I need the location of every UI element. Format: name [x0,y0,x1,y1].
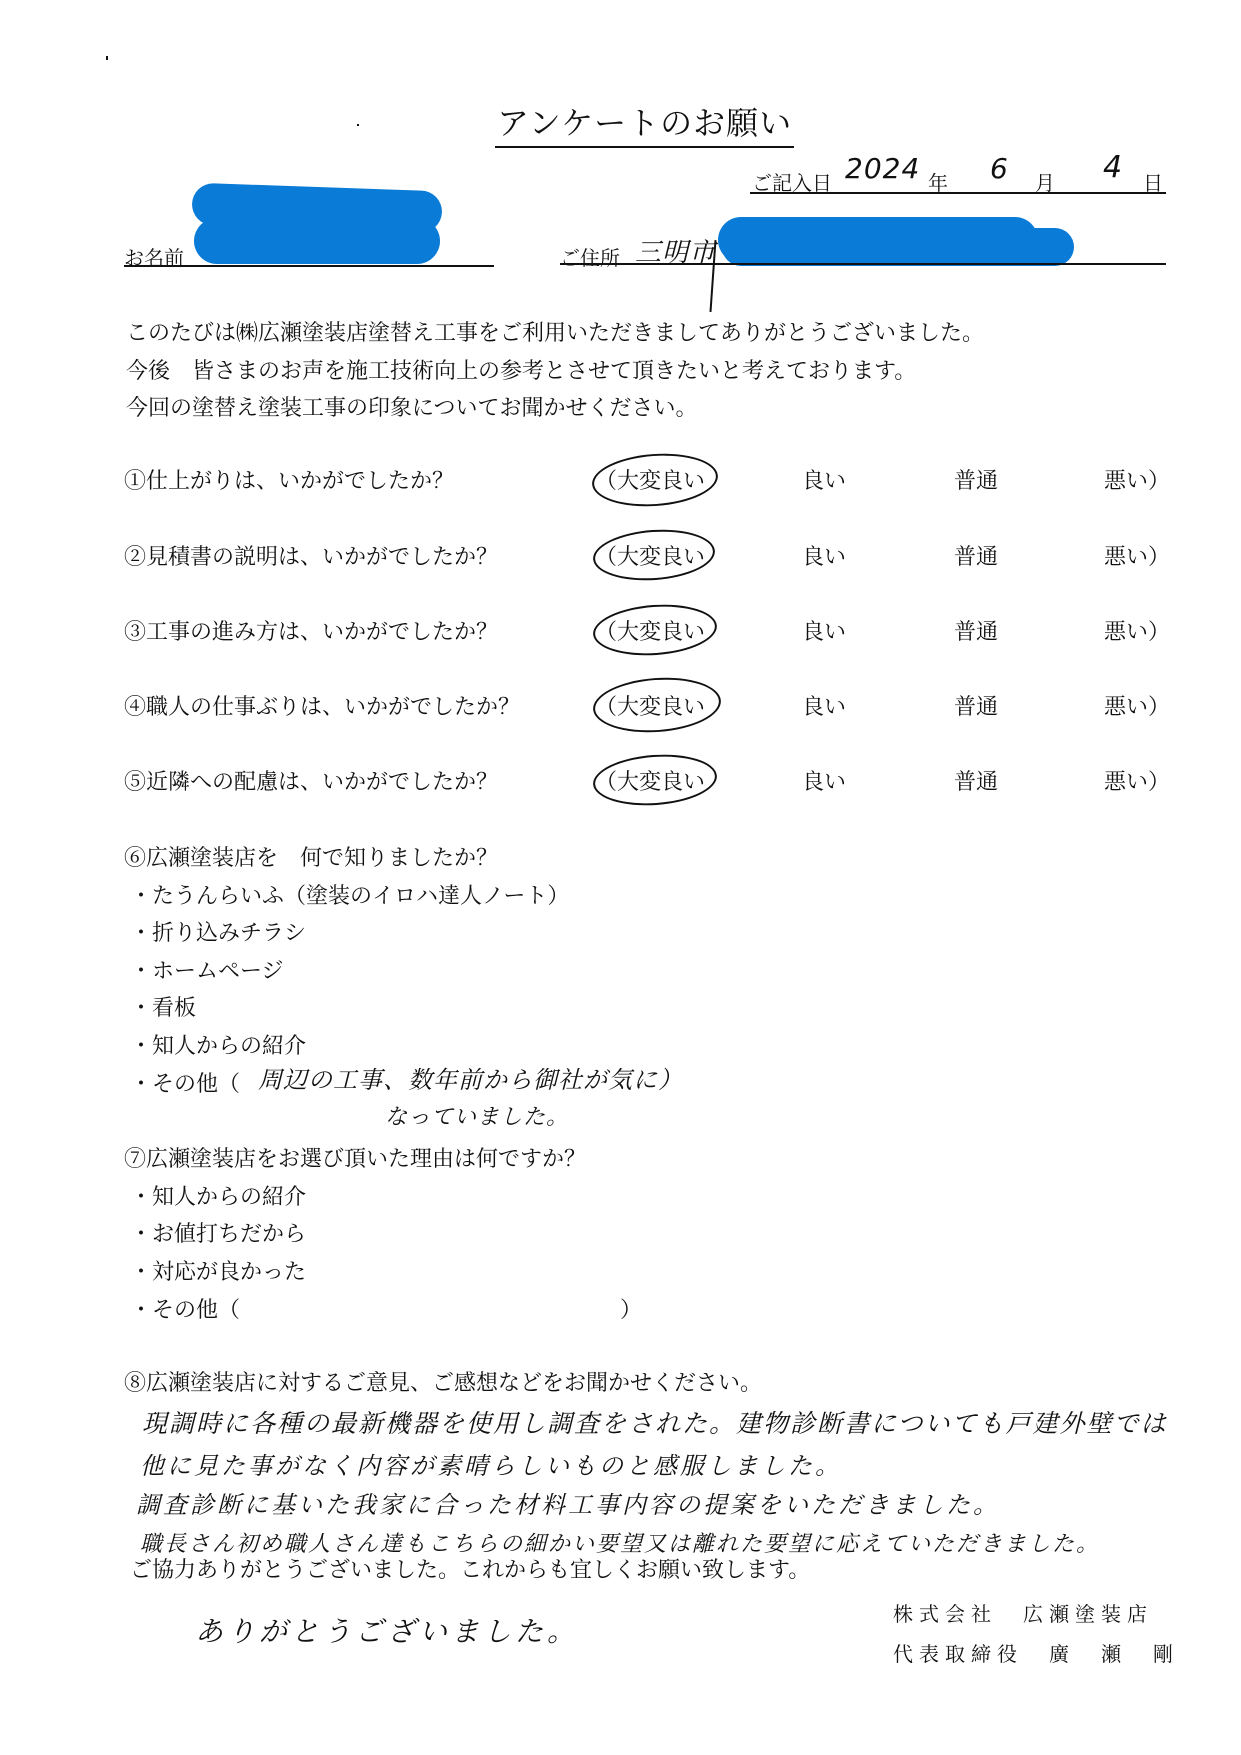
q7-option-referral[interactable]: ・知人からの紹介 [130,1180,306,1211]
option-good[interactable]: 良い [802,690,846,721]
q8-comment-line: 調査診断に基いた我家に合った材料工事内容の提案をいただきました。 [136,1485,1000,1520]
option-average[interactable]: 普通 [954,464,998,495]
selection-circle [590,450,719,511]
address-underline [560,263,1166,265]
option-average[interactable]: 普通 [954,690,998,721]
q6-other-handwritten: 周辺の工事、数年前から御社が気に） [258,1060,683,1095]
name-redaction [194,218,440,264]
customer-thanks-handwritten: ありがとうございました。 [195,1610,579,1650]
rating-question: ④職人の仕事ぶりは、いかがでしたか？ （大変良い 良い 普通 悪い） [0,690,1241,730]
q6-option-homepage[interactable]: ・ホームページ [130,954,284,985]
q7-option-value[interactable]: ・お値打ちだから [130,1217,306,1248]
q6-option-signboard[interactable]: ・看板 [130,991,196,1022]
date-day: 4 [1103,150,1123,185]
question-label: ③工事の進み方は、いかがでしたか？ [124,615,498,646]
option-good[interactable]: 良い [802,615,846,646]
closing-message: ご協力ありがとうございました。これからも宜しくお願い致します。 [130,1553,810,1584]
option-good[interactable]: 良い [802,464,846,495]
scan-speck [106,56,108,60]
rating-question: ⑤近隣への配慮は、いかがでしたか？ （大変良い 良い 普通 悪い） [0,765,1241,805]
option-good[interactable]: 良い [802,540,846,571]
option-average[interactable]: 普通 [954,615,998,646]
q6-other-handwritten-cont: なっていました。 [385,1100,569,1131]
q8-comment-line: 他に見た事がなく内容が素晴らしいものと感服しました。 [140,1446,842,1481]
q7-label: ⑦広瀬塗装店をお選び頂いた理由は何ですか？ [124,1142,586,1173]
option-average[interactable]: 普通 [954,540,998,571]
q7-option-other[interactable]: ・その他（ [130,1293,240,1324]
q6-option-referral[interactable]: ・知人からの紹介 [130,1029,306,1060]
q6-option-flyer[interactable]: ・折り込みチラシ [130,916,306,947]
rating-question: ①仕上がりは、いかがでしたか？ （大変良い 良い 普通 悪い） [0,464,1241,504]
intro-line: 今回の塗替え塗装工事の印象についてお聞かせください。 [126,391,698,422]
selection-circle [591,751,718,810]
representative-name: 代表取締役 廣 瀬 剛 [893,1638,1179,1667]
option-average[interactable]: 普通 [954,765,998,796]
q6-option-townlife[interactable]: ・たうんらいふ（塗装のイロハ達人ノート） [130,879,569,910]
rating-question: ③工事の進み方は、いかがでしたか？ （大変良い 良い 普通 悪い） [0,615,1241,655]
question-label: ④職人の仕事ぶりは、いかがでしたか？ [124,690,520,721]
intro-line: このたびは㈱広瀬塗装店塗替え工事をご利用いただきましてありがとうございました。 [126,316,984,347]
q8-comment-line: 現調時に各種の最新機器を使用し調査をされた。建物診断書についても戸建外壁では [142,1404,1168,1440]
address-label: ご住所 [560,242,620,271]
option-bad[interactable]: 悪い） [1104,464,1170,495]
option-bad[interactable]: 悪い） [1104,765,1170,796]
selection-circle [591,601,718,660]
q7-other-close-paren: ） [620,1293,642,1324]
selection-circle [591,526,716,584]
name-underline [124,265,494,267]
option-good[interactable]: 良い [802,765,846,796]
page-title: アンケートのお願い [495,98,794,148]
question-label: ⑤近隣への配慮は、いかがでしたか？ [124,765,498,796]
address-redaction [722,228,1074,266]
q7-option-service[interactable]: ・対応が良かった [130,1255,306,1286]
option-bad[interactable]: 悪い） [1104,615,1170,646]
q6-option-other[interactable]: ・その他（ [130,1067,240,1098]
question-label: ①仕上がりは、いかがでしたか？ [124,464,454,495]
q6-label: ⑥広瀬塗装店を 何で知りましたか？ [124,841,498,872]
date-year: 2024 [845,152,920,185]
option-bad[interactable]: 悪い） [1104,690,1170,721]
rating-question: ②見積書の説明は、いかがでしたか？ （大変良い 良い 普通 悪い） [0,540,1241,580]
question-label: ②見積書の説明は、いかがでしたか？ [124,540,498,571]
date-underline [750,192,1166,194]
q8-label: ⑧広瀬塗装店に対するご意見、ご感想などをお聞かせください。 [124,1366,762,1397]
selection-circle [591,674,722,737]
company-name: 株式会社 広瀬塗装店 [893,1598,1153,1627]
scan-speck [357,124,359,126]
intro-line: 今後 皆さまのお声を施工技術向上の参考とさせて頂きたいと考えております。 [126,354,916,385]
option-bad[interactable]: 悪い） [1104,540,1170,571]
date-month: 6 [990,152,1009,185]
